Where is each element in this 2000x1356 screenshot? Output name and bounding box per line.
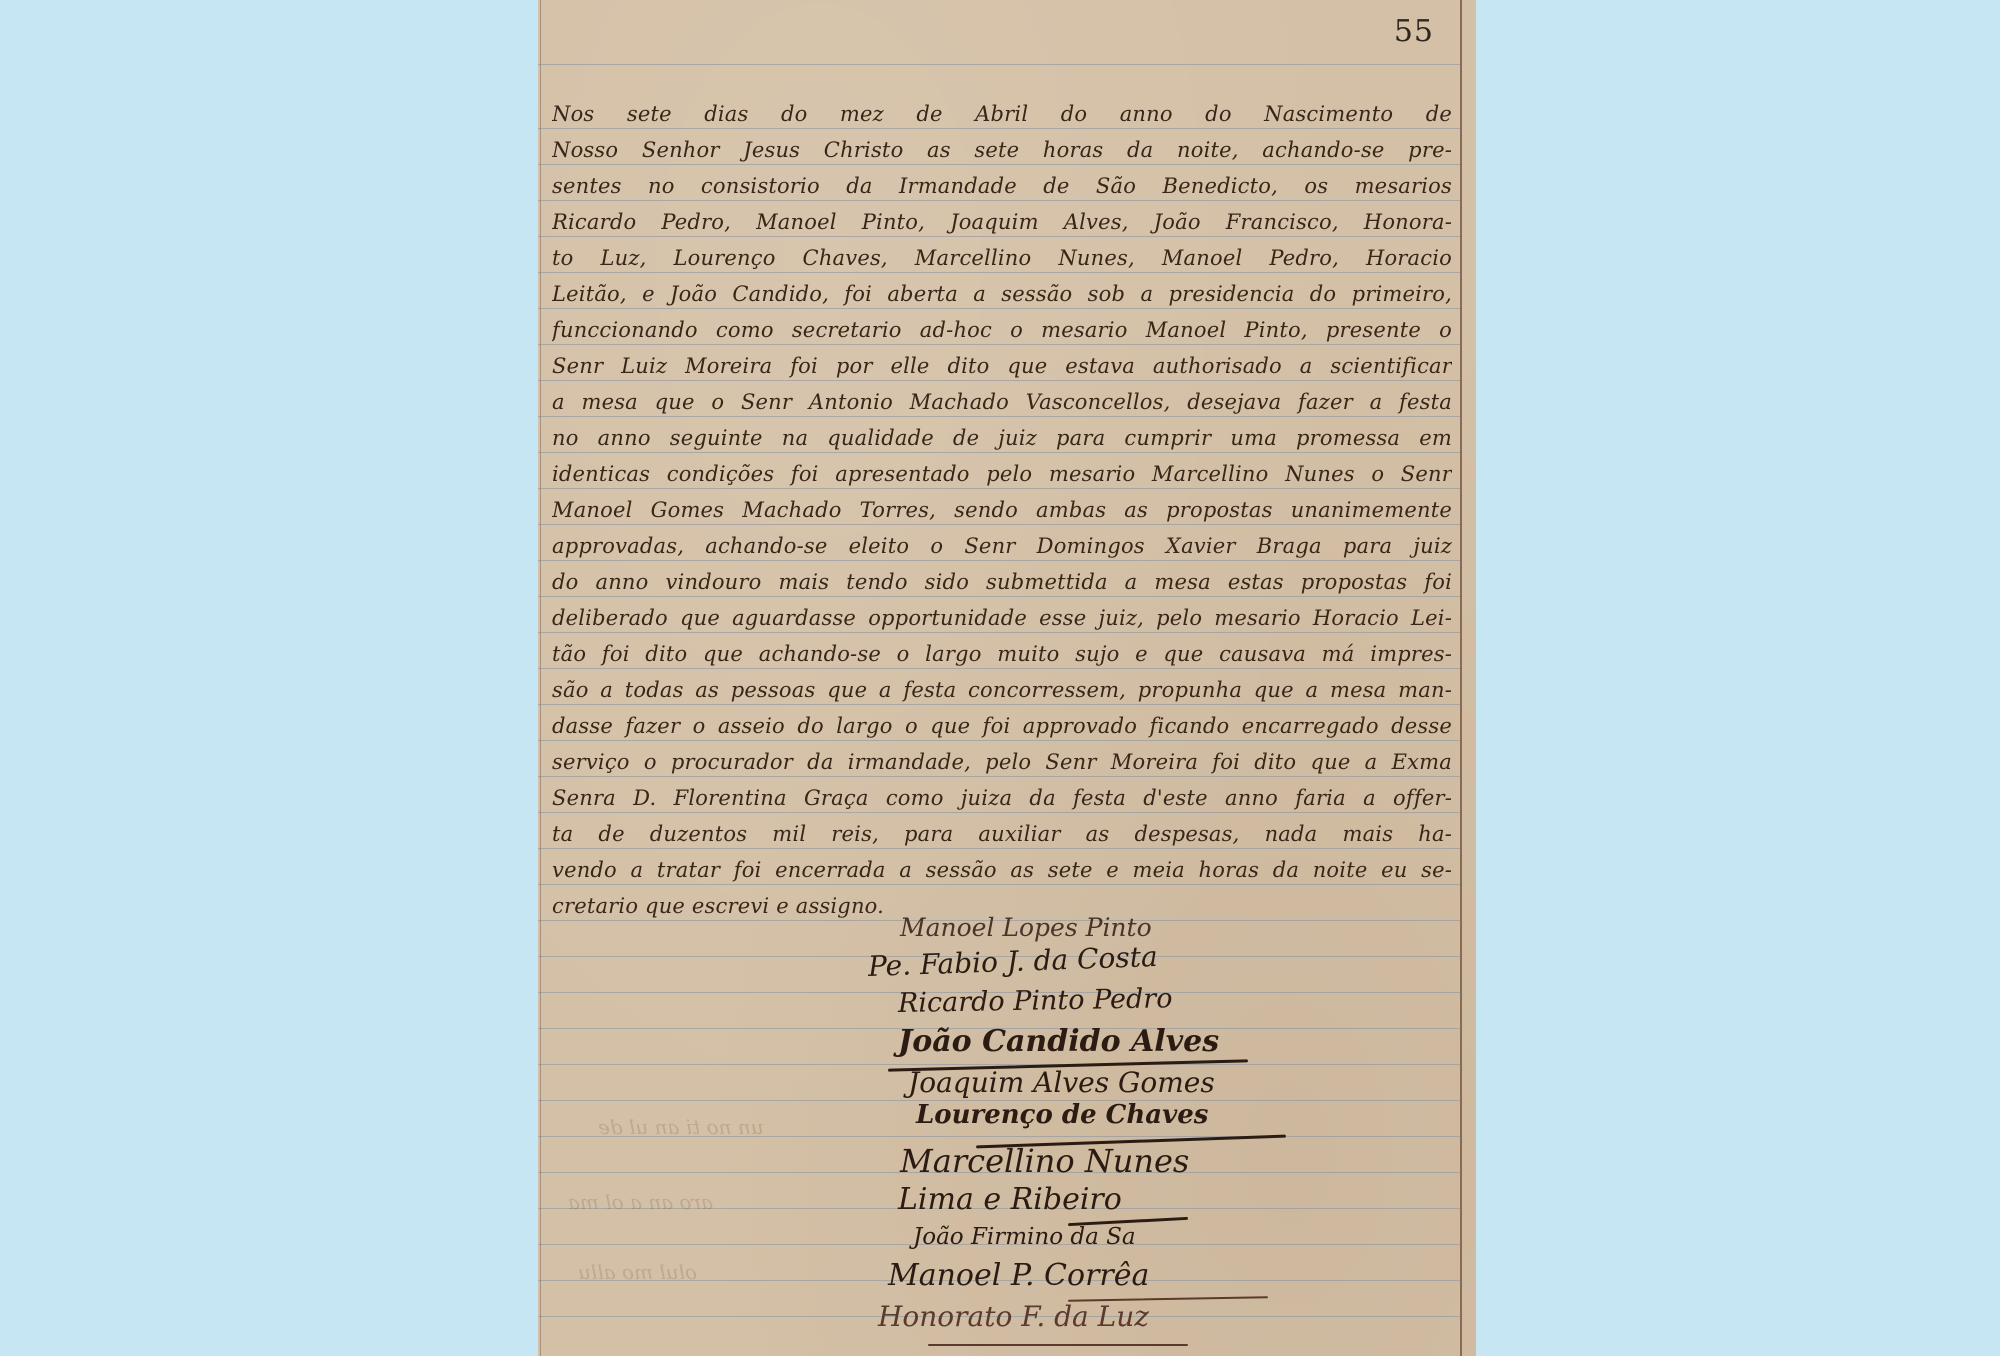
text-line: no anno seguinte na qualidade de juiz pa… [552, 420, 1452, 456]
left-page-edge [540, 0, 541, 1356]
text-line: Leitão, e João Candido, foi aberta a ses… [552, 276, 1452, 312]
text-line: deliberado que aguardasse opportunidade … [552, 600, 1452, 636]
text-line: são a todas as pessoas que a festa conco… [552, 672, 1452, 708]
bleed-through-text: olul mo allu [578, 1260, 697, 1284]
signature: Honorato F. da Luz [878, 1300, 1149, 1333]
signature-underline [928, 1344, 1188, 1346]
text-line: Ricardo Pedro, Manoel Pinto, Joaquim Alv… [552, 204, 1452, 240]
text-line: sentes no consistorio da Irmandade de Sã… [552, 168, 1452, 204]
signature: Lima e Ribeiro [898, 1182, 1122, 1217]
text-line: Nosso Senhor Jesus Christo as sete horas… [552, 132, 1452, 168]
text-line: tão foi dito que achando-se o largo muit… [552, 636, 1452, 672]
text-line: do anno vindouro mais tendo sido submett… [552, 564, 1452, 600]
signature: Marcellino Nunes [900, 1142, 1189, 1180]
page-number: 55 [1394, 14, 1434, 49]
ruled-line [538, 64, 1460, 65]
text-line: ta de duzentos mil reis, para auxiliar a… [552, 816, 1452, 852]
signature: Pe. Fabio J. da Costa [867, 940, 1158, 983]
text-line: approvadas, achando-se eleito o Senr Dom… [552, 528, 1452, 564]
text-line: to Luz, Lourenço Chaves, Marcellino Nune… [552, 240, 1452, 276]
text-line: Nos sete dias do mez de Abril do anno do… [552, 96, 1452, 132]
signature: João Candido Alves [898, 1024, 1219, 1059]
text-line: funccionando como secretario ad-hoc o me… [552, 312, 1452, 348]
bleed-through-text: aro an a ol ma [568, 1190, 713, 1214]
text-line: identicas condições foi apresentado pelo… [552, 456, 1452, 492]
text-line: a mesa que o Senr Antonio Machado Vascon… [552, 384, 1452, 420]
text-line: Senra D. Florentina Graça como juiza da … [552, 780, 1452, 816]
manuscript-page: un no ti an ul de aro an a ol ma olul mo… [538, 0, 1476, 1356]
signature: Joaquim Alves Gomes [908, 1066, 1215, 1099]
signature: Manoel P. Corrêa [888, 1258, 1149, 1293]
text-line: Manoel Gomes Machado Torres, sendo ambas… [552, 492, 1452, 528]
text-line: Senr Luiz Moreira foi por elle dito que … [552, 348, 1452, 384]
text-line: vendo a tratar foi encerrada a sessão as… [552, 852, 1452, 888]
right-margin-line [1460, 0, 1462, 1356]
minutes-text: Nos sete dias do mez de Abril do anno do… [552, 96, 1452, 924]
signature: João Firmino da Sa [913, 1224, 1136, 1250]
text-line: serviço o procurador da irmandade, pelo … [552, 744, 1452, 780]
bleed-through-text: un no ti an ul de [598, 1115, 764, 1139]
signature: Ricardo Pinto Pedro [898, 983, 1173, 1019]
signature: Lourenço de Chaves [916, 1100, 1208, 1130]
signature: Manoel Lopes Pinto [900, 913, 1152, 942]
text-line: dasse fazer o asseio do largo o que foi … [552, 708, 1452, 744]
